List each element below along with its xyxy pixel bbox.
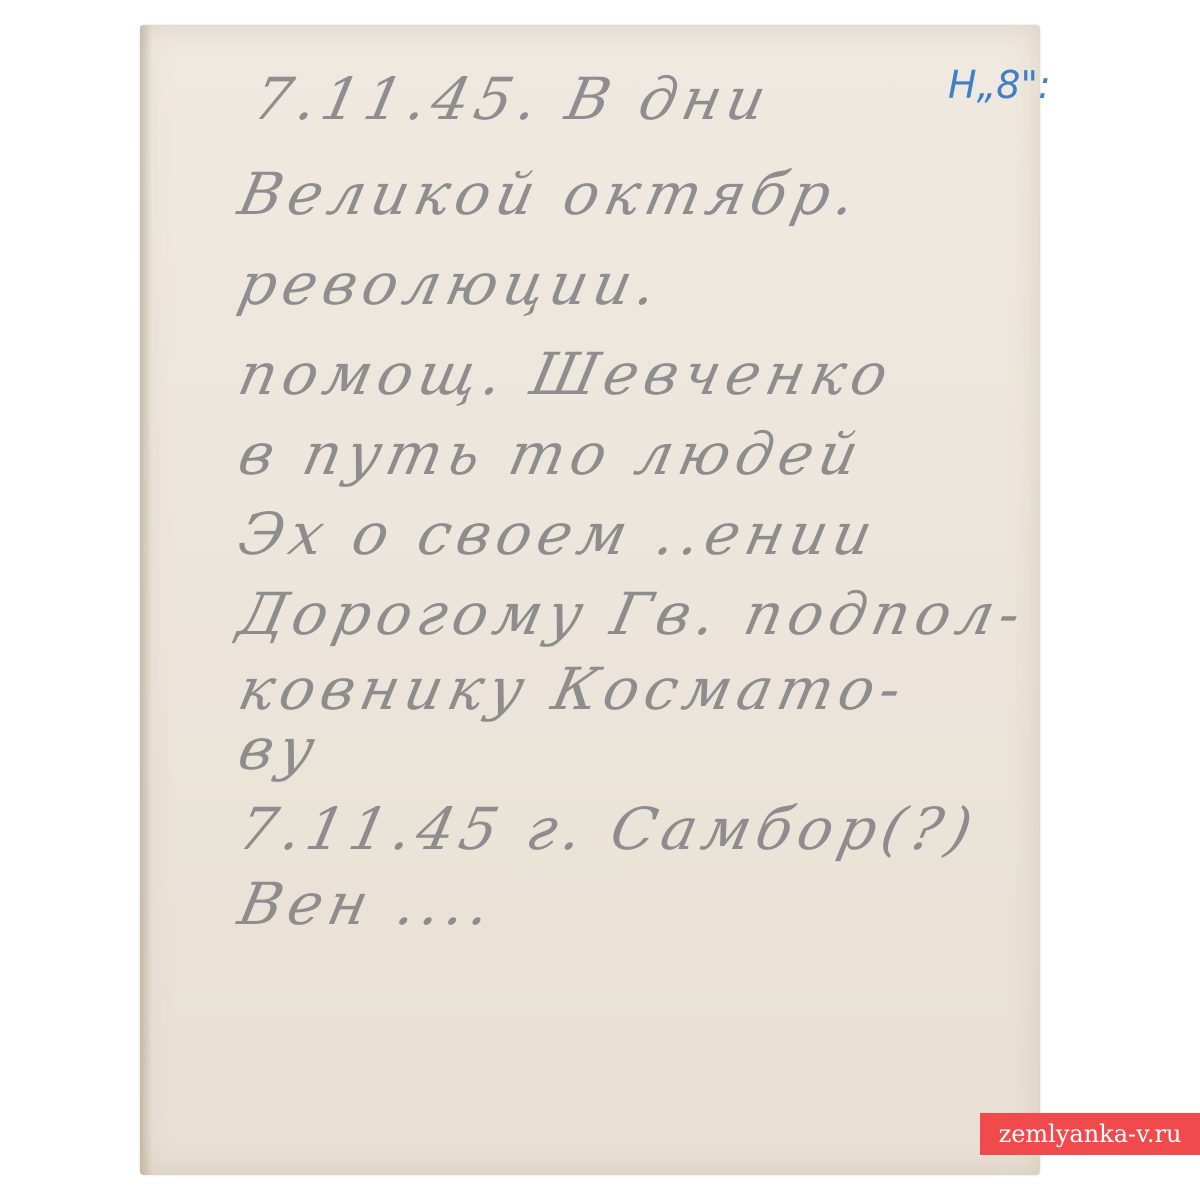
handwriting-line: Эх о своем ..ении	[233, 500, 884, 568]
handwriting-line: помощ. Шевченко	[233, 340, 900, 408]
handwriting-line: 7.11.45. В дни	[248, 65, 778, 133]
handwriting-line: ковнику Космато-	[233, 655, 914, 723]
handwriting-line: Вен ....	[233, 870, 503, 938]
handwriting-line: Дорогому Гв. подпол-	[233, 580, 1033, 648]
archive-number-mark: Н„8":	[948, 63, 1051, 107]
handwriting-line: 7.11.45 г. Самбор(?)	[233, 795, 984, 863]
photo-card-back: 7.11.45. В дни Великой октябр. революции…	[140, 25, 1040, 1175]
handwriting-line: в путь то людей	[233, 420, 870, 488]
handwriting-line: революции.	[233, 250, 669, 318]
site-watermark: zemlyanka-v.ru	[980, 1113, 1200, 1155]
handwriting-line: Великой октябр.	[233, 160, 868, 228]
handwriting-line: ву	[233, 715, 327, 783]
